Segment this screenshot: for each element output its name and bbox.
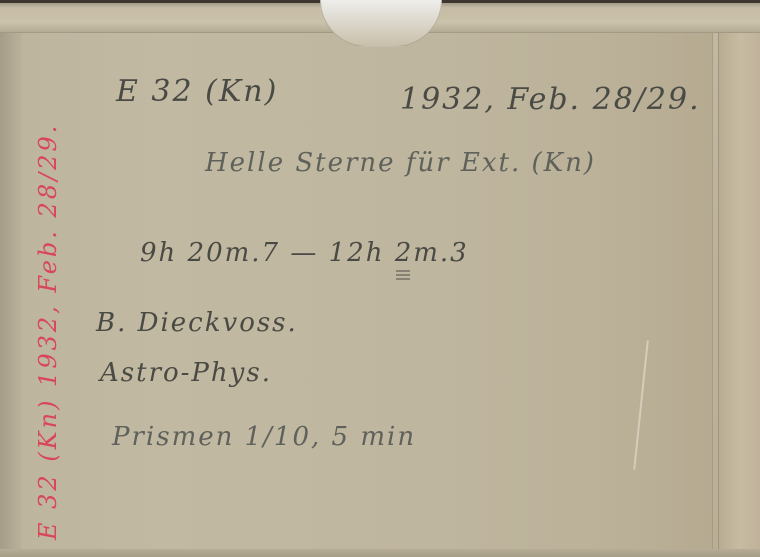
envelope-right-flap <box>718 30 760 557</box>
subject-text: Helle Sterne für Ext. (Kn) <box>205 148 596 178</box>
time-range-text: 9h 20m.7 — 12h 2m.3 <box>140 238 469 268</box>
plate-id-text: E 32 (Kn) <box>116 74 278 109</box>
envelope-bottom-edge <box>0 549 760 557</box>
plate-envelope: E 32 (Kn) 1932, Feb. 28/29. Helle Sterne… <box>0 0 760 557</box>
instrument-text: Astro-Phys. <box>100 358 272 388</box>
exposure-text: Prismen 1/10, 5 min <box>112 422 416 452</box>
margin-red-label: E 32 (Kn) 1932, Feb. 28/29. <box>34 123 62 540</box>
observation-date-text: 1932, Feb. 28/29. <box>400 82 701 117</box>
observer-text: B. Dieckvoss. <box>96 308 298 338</box>
envelope-left-edge <box>0 30 22 557</box>
pencil-smudge <box>396 270 410 282</box>
